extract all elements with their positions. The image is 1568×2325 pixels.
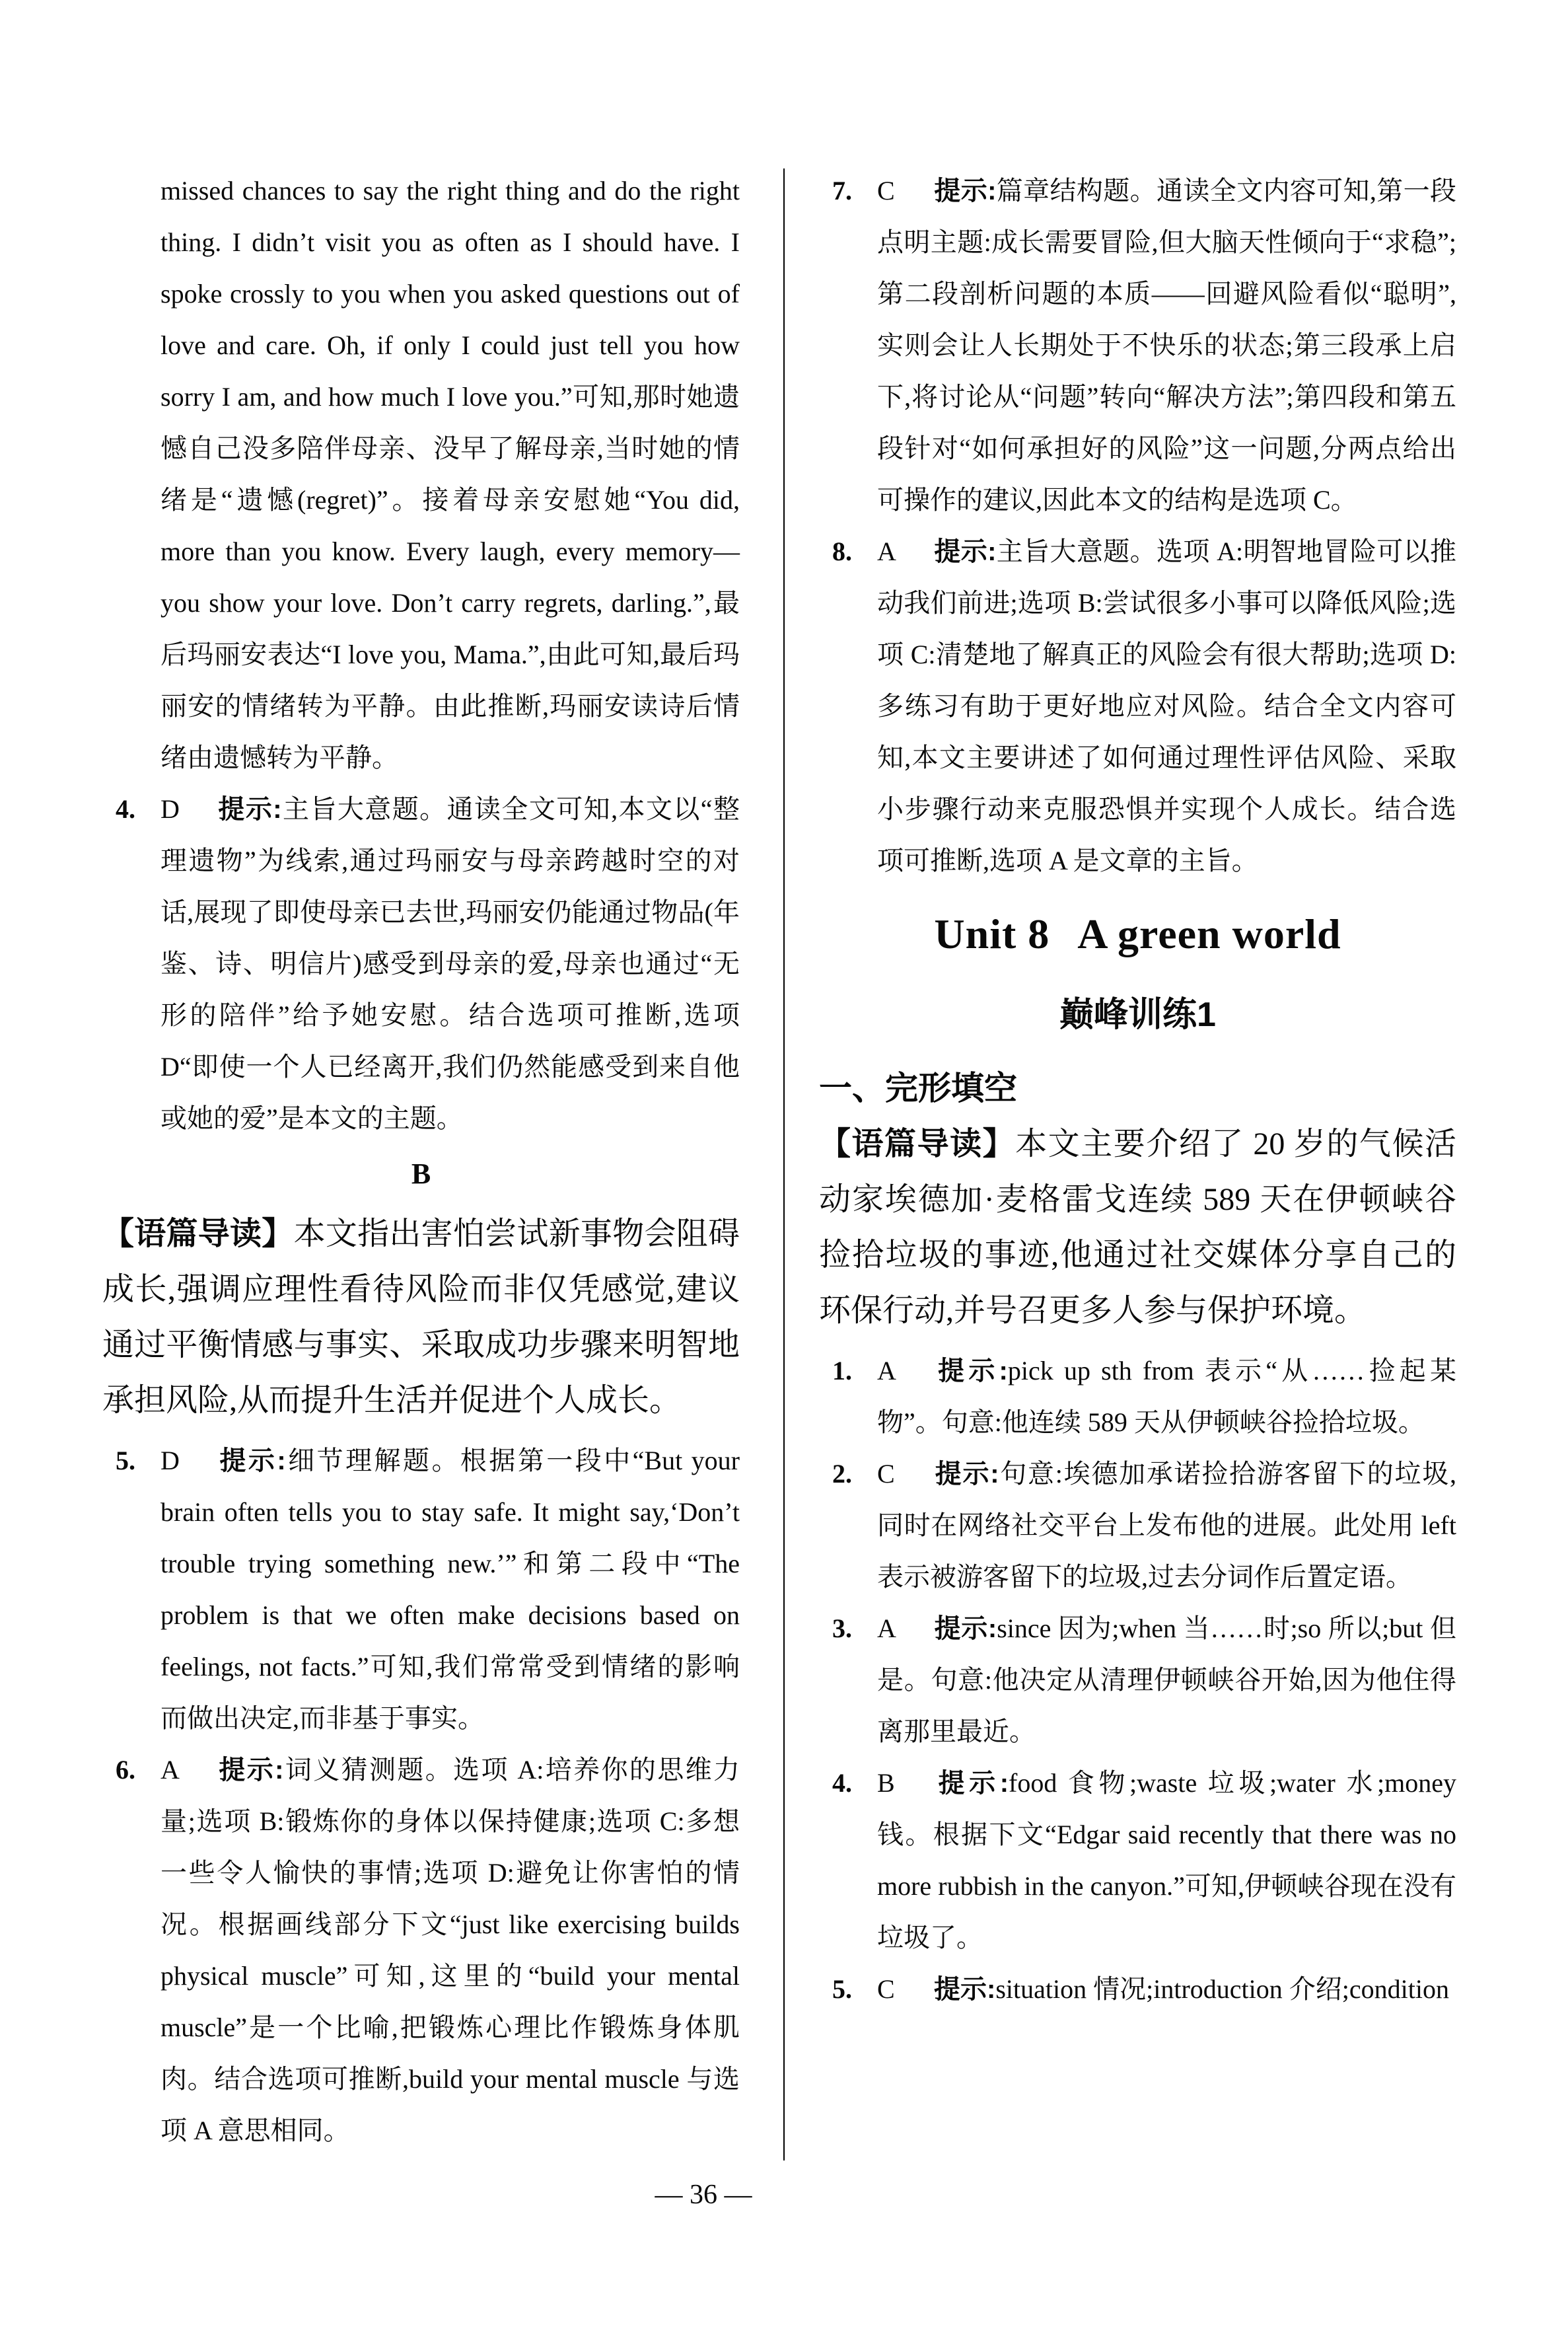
passage-section-letter: B [102, 1148, 740, 1200]
hint-label: 提示: [934, 537, 996, 566]
answer-item-3: 3. A提示:since 因为;when 当……时;so 所以;but 但是。句… [819, 1603, 1456, 1757]
answer-number: 6. [116, 1744, 135, 1796]
right-column: 7. C提示:篇章结构题。通读全文内容可知,第一段点明主题:成长需要冒险,但大脑… [819, 165, 1456, 2015]
answer-letter: A [160, 1744, 217, 1796]
answer-letter: C [877, 1964, 934, 2015]
answer-item-5b: 5. C提示:situation 情况;introduction 介绍;cond… [819, 1964, 1456, 2015]
answer-item-5: 5. D提示:细节理解题。根据第一段中“But your brain often… [102, 1435, 740, 1744]
answer-number: 1. [832, 1345, 852, 1397]
hint-label: 提示: [934, 1975, 995, 2004]
passage-guide-label: 【语篇导读】 [819, 1126, 1015, 1162]
answer-letter: D [160, 784, 217, 835]
hint-label: 提示: [934, 176, 996, 205]
answer-number: 4. [116, 784, 135, 835]
answer-letter: D [160, 1435, 217, 1487]
answer-letter: A [877, 526, 934, 577]
unit-title: Unit 8A green world [819, 905, 1456, 963]
answer-number: 2. [832, 1448, 852, 1500]
explanation-text: 细节理解题。根据第一段中“But your brain often tells … [160, 1446, 740, 1733]
answer-letter: B [877, 1757, 934, 1809]
hint-label: 提示: [934, 1614, 997, 1643]
passage-guide: 【语篇导读】本文指出害怕尝试新事物会阻碍成长,强调应理性看待风险而非仅凭感觉,建… [102, 1206, 740, 1428]
answer-item-4b: 4. B提示:food 食物;waste 垃圾;water 水;money 钱。… [819, 1757, 1456, 1964]
explanation-text: 词义猜测题。选项 A:培养你的思维力量;选项 B:锻炼你的身体以保持健康;选项 … [160, 1755, 740, 2145]
answer-item-7: 7. C提示:篇章结构题。通读全文内容可知,第一段点明主题:成长需要冒险,但大脑… [819, 165, 1456, 526]
unit-name: A green world [1077, 910, 1341, 957]
explanation-text: situation 情况;introduction 介绍;condition [995, 1974, 1449, 2004]
answer-number: 5. [116, 1435, 135, 1487]
hint-label: 提示: [934, 1459, 999, 1489]
hint-label: 提示: [217, 1446, 286, 1475]
explanation-text: 主旨大意题。选项 A:明智地冒险可以推动我们前进;选项 B:尝试很多小事可以降低… [877, 536, 1456, 875]
answer-letter: C [877, 165, 934, 217]
answer-number: 4. [832, 1757, 852, 1809]
section-heading-cloze: 一、完形填空 [819, 1069, 1456, 1107]
answer-number: 7. [832, 165, 852, 217]
answer-letter: A [877, 1603, 934, 1654]
explanation-text: missed chances to say the right thing an… [160, 176, 740, 772]
training-subtitle: 巅峰训练1 [819, 995, 1456, 1035]
answer-item-4: 4. D提示:主旨大意题。通读全文可知,本文以“整理遗物”为线索,通过玛丽安与母… [102, 784, 740, 1144]
passage-guide-label: 【语篇导读】 [102, 1216, 294, 1251]
hint-label: 提示: [934, 1769, 1009, 1798]
left-column: missed chances to say the right thing an… [102, 165, 740, 2157]
answer-book-page: missed chances to say the right thing an… [0, 0, 1568, 2325]
hint-label: 提示: [217, 795, 282, 824]
column-divider [783, 168, 785, 2160]
hint-label: 提示: [217, 1755, 283, 1785]
answer-number: 3. [832, 1603, 852, 1654]
answer-letter: C [877, 1448, 934, 1500]
explanation-text: 篇章结构题。通读全文内容可知,第一段点明主题:成长需要冒险,但大脑天性倾向于“求… [877, 176, 1456, 515]
answer-item-2: 2. C提示:句意:埃德加承诺捡拾游客留下的垃圾,同时在网络社交平台上发布他的进… [819, 1448, 1456, 1603]
answer-letter: A [877, 1345, 934, 1397]
page-number: — 36 — [627, 2179, 779, 2211]
carryover-explanation-paragraph: missed chances to say the right thing an… [160, 165, 740, 784]
explanation-text: 主旨大意题。通读全文可知,本文以“整理遗物”为线索,通过玛丽安与母亲跨越时空的对… [160, 794, 740, 1133]
answer-item-6: 6. A提示:词义猜测题。选项 A:培养你的思维力量;选项 B:锻炼你的身体以保… [102, 1744, 740, 2157]
passage-guide: 【语篇导读】本文主要介绍了 20 岁的气候活动家埃德加·麦格雷戈连续 589 天… [819, 1117, 1456, 1339]
answer-number: 5. [832, 1964, 852, 2015]
answer-item-1: 1. A提示:pick up sth from 表示“从……捡起某物”。句意:他… [819, 1345, 1456, 1448]
answer-number: 8. [832, 526, 852, 577]
answer-item-8: 8. A提示:主旨大意题。选项 A:明智地冒险可以推动我们前进;选项 B:尝试很… [819, 526, 1456, 887]
unit-number: Unit 8 [934, 910, 1050, 957]
hint-label: 提示: [934, 1356, 1008, 1385]
